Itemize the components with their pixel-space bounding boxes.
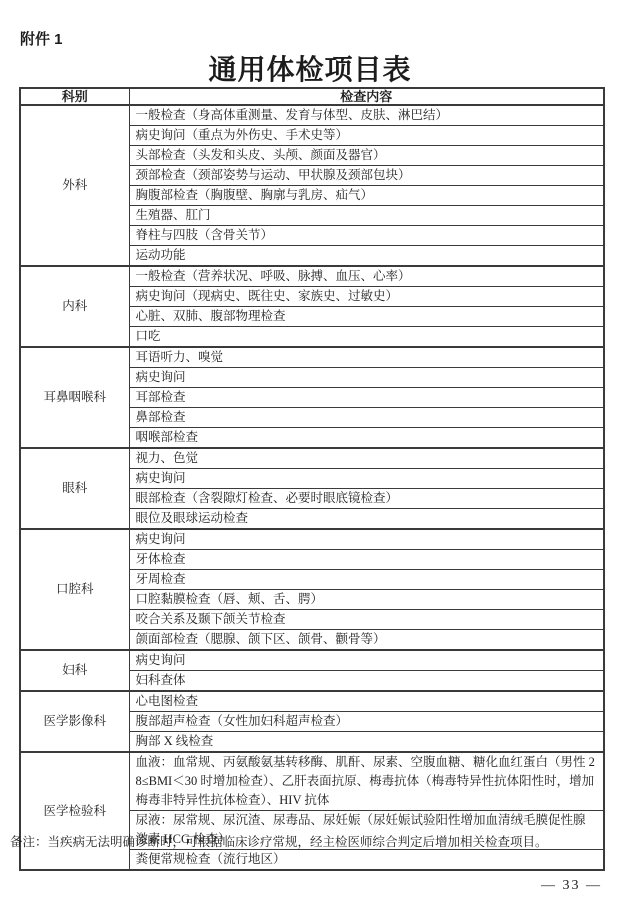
table-row: 外科一般检查（身高体重测量、发育与体型、皮肤、淋巴结） bbox=[20, 105, 604, 126]
exam-item-cell: 口吃 bbox=[129, 327, 604, 348]
exam-item-cell: 视力、色觉 bbox=[129, 448, 604, 469]
department-cell: 外科 bbox=[20, 105, 129, 266]
page-title: 通用体检项目表 bbox=[0, 48, 620, 88]
exam-item-cell: 病史询问 bbox=[129, 650, 604, 671]
department-cell: 耳鼻咽喉科 bbox=[20, 347, 129, 448]
table-header-department: 科别 bbox=[20, 88, 129, 105]
exam-item-cell: 牙周检查 bbox=[129, 570, 604, 590]
table-row: 眼科视力、色觉 bbox=[20, 448, 604, 469]
exam-item-cell: 咽喉部检查 bbox=[129, 428, 604, 449]
exam-item-cell: 耳语听力、嗅觉 bbox=[129, 347, 604, 368]
department-cell: 内科 bbox=[20, 266, 129, 347]
exam-item-cell: 心电图检查 bbox=[129, 691, 604, 712]
table-row: 妇科病史询问 bbox=[20, 650, 604, 671]
exam-item-cell: 生殖器、肛门 bbox=[129, 206, 604, 226]
exam-item-cell: 胸腹部检查（胸腹壁、胸廓与乳房、疝气） bbox=[129, 186, 604, 206]
exam-item-cell: 头部检查（头发和头皮、头颅、颜面及器官） bbox=[129, 146, 604, 166]
exam-item-cell: 心脏、双肺、腹部物理检查 bbox=[129, 307, 604, 327]
exam-item-cell: 牙体检查 bbox=[129, 550, 604, 570]
table-row: 口腔科病史询问 bbox=[20, 529, 604, 550]
exam-item-cell: 眼部检查（含裂隙灯检查、必要时眼底镜检查） bbox=[129, 489, 604, 509]
exam-item-cell: 粪便常规检查（流行地区） bbox=[129, 850, 604, 871]
exam-item-cell: 颈部检查（颈部姿势与运动、甲状腺及颈部包块） bbox=[129, 166, 604, 186]
department-cell: 妇科 bbox=[20, 650, 129, 691]
exam-item-cell: 病史询问（现病史、既往史、家族史、过敏史） bbox=[129, 287, 604, 307]
exam-item-cell: 妇科查体 bbox=[129, 671, 604, 692]
department-cell: 口腔科 bbox=[20, 529, 129, 650]
exam-item-cell: 咬合关系及颞下颌关节检查 bbox=[129, 610, 604, 630]
exam-item-cell: 颌面部检查（腮腺、颌下区、颌骨、颧骨等） bbox=[129, 630, 604, 651]
exam-item-cell: 耳部检查 bbox=[129, 388, 604, 408]
exam-item-cell: 一般检查（营养状况、呼吸、脉搏、血压、心率） bbox=[129, 266, 604, 287]
table-header-content: 检查内容 bbox=[129, 88, 604, 105]
exam-item-cell: 病史询问 bbox=[129, 529, 604, 550]
department-cell: 医学检验科 bbox=[20, 752, 129, 870]
page-number: — 33 — bbox=[541, 878, 602, 894]
exam-item-cell: 腹部超声检查（女性加妇科超声检查） bbox=[129, 712, 604, 732]
exam-item-cell: 血液：血常规、丙氨酸氨基转移酶、肌酐、尿素、空腹血糖、糖化血红蛋白（男性 28≤… bbox=[129, 752, 604, 811]
exam-item-cell: 病史询问 bbox=[129, 469, 604, 489]
exam-item-cell: 眼位及眼球运动检查 bbox=[129, 509, 604, 530]
exam-table-body: 外科一般检查（身高体重测量、发育与体型、皮肤、淋巴结）病史询问（重点为外伤史、手… bbox=[20, 105, 604, 870]
table-row: 医学检验科血液：血常规、丙氨酸氨基转移酶、肌酐、尿素、空腹血糖、糖化血红蛋白（男… bbox=[20, 752, 604, 811]
exam-item-cell: 鼻部检查 bbox=[129, 408, 604, 428]
exam-item-cell: 脊柱与四肢（含骨关节） bbox=[129, 226, 604, 246]
exam-table: 科别 检查内容 外科一般检查（身高体重测量、发育与体型、皮肤、淋巴结）病史询问（… bbox=[19, 87, 605, 871]
department-cell: 眼科 bbox=[20, 448, 129, 529]
document-page: 附件 1 通用体检项目表 科别 检查内容 外科一般检查（身高体重测量、发育与体型… bbox=[0, 0, 620, 902]
table-row: 耳鼻咽喉科耳语听力、嗅觉 bbox=[20, 347, 604, 368]
exam-item-cell: 病史询问（重点为外伤史、手术史等） bbox=[129, 126, 604, 146]
department-cell: 医学影像科 bbox=[20, 691, 129, 752]
table-header-row: 科别 检查内容 bbox=[20, 88, 604, 105]
table-row: 医学影像科心电图检查 bbox=[20, 691, 604, 712]
exam-item-cell: 病史询问 bbox=[129, 368, 604, 388]
note-text: 备注：当疾病无法明确诊断时，可根据临床诊疗常规，经主检医师综合判定后增加相关检查… bbox=[10, 833, 614, 851]
exam-item-cell: 口腔黏膜检查（唇、颊、舌、腭） bbox=[129, 590, 604, 610]
exam-item-cell: 运动功能 bbox=[129, 246, 604, 267]
attachment-label: 附件 1 bbox=[20, 28, 63, 49]
table-row: 内科一般检查（营养状况、呼吸、脉搏、血压、心率） bbox=[20, 266, 604, 287]
exam-item-cell: 胸部 X 线检查 bbox=[129, 732, 604, 753]
exam-item-cell: 一般检查（身高体重测量、发育与体型、皮肤、淋巴结） bbox=[129, 105, 604, 126]
